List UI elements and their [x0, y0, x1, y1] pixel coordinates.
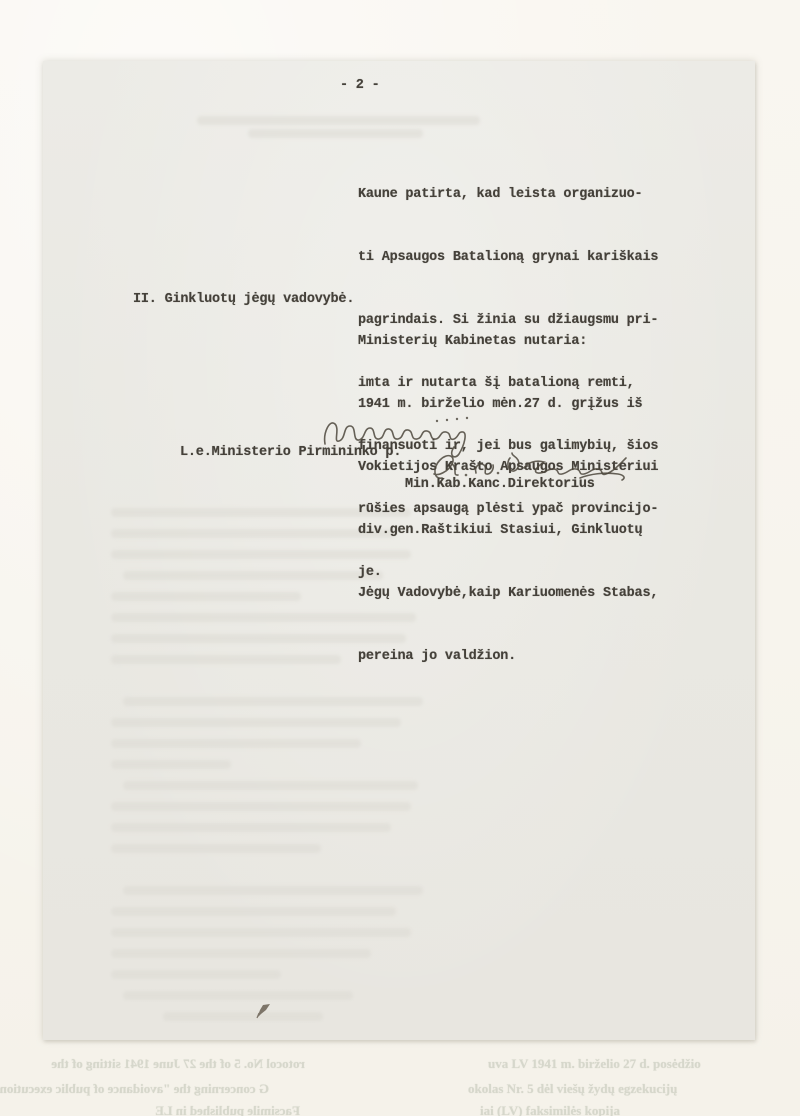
- paragraph-line: div.gen.Raštikiui Stasiui, Ginkluotų: [358, 520, 658, 541]
- paragraph-line: Ministerių Kabinetas nutaria:: [358, 331, 658, 352]
- paragraph-line: ti Apsaugos Batalioną grynai kariškais: [358, 247, 658, 268]
- signer-1-title: L.e.Ministerio Pirmininko p.: [180, 442, 401, 463]
- section-2-body: Ministerių Kabinetas nutaria: 1941 m. bi…: [358, 289, 658, 709]
- paragraph-line: Jėgų Vadovybė,kaip Kariuomenės Stabas,: [358, 583, 658, 604]
- bleed-through-line: [111, 802, 411, 811]
- scanned-archival-document: { "document": { "page_number": "- 2 -", …: [0, 0, 800, 1116]
- caption-right-line-2: okolas Nr. 5 dėl viešų žydų egzekucijų: [468, 1081, 677, 1097]
- paragraph-line: Kaune patirta, kad leista organizuo-: [358, 184, 658, 205]
- caption-left-line-3: Facsimile published in LE: [170, 1103, 300, 1116]
- bleed-through-line: [111, 760, 231, 769]
- bleed-through-line: [123, 571, 383, 580]
- caption-right-line-3: iai (LV) faksimilės kopija: [480, 1103, 620, 1116]
- bleed-through-line: [111, 739, 361, 748]
- bleed-through-line: [248, 129, 423, 138]
- signer-2-title: Min.Kab.Kanc.Direktorius: [405, 474, 595, 495]
- caption-right-line-1: uva LV 1941 m. birželio 27 d. posėdžio: [488, 1056, 701, 1072]
- bleed-through-line: [111, 844, 321, 853]
- caption-left-line-1: rotocol No. 5 of the 27 June 1941 sittin…: [45, 1056, 305, 1072]
- bleed-through-line: [111, 529, 396, 538]
- bleed-through-line: [111, 592, 301, 601]
- bleed-through-line: [111, 655, 341, 664]
- bleed-through-line: [111, 949, 371, 958]
- bleed-through-line: [111, 718, 401, 727]
- section-2-label: II. Ginkluotų jėgų vadovybė.: [133, 289, 354, 310]
- bleed-through-line: [111, 928, 411, 937]
- bleed-through-line: [111, 907, 396, 916]
- paragraph-line: pereina jo valdžion.: [358, 646, 658, 667]
- bleed-through-line: [197, 116, 480, 125]
- bleed-through-line: [163, 1012, 323, 1021]
- ink-mark: [254, 1002, 274, 1020]
- bleed-through-line: [123, 991, 353, 1000]
- bleed-through-line: [111, 970, 281, 979]
- page-number: - 2 -: [340, 75, 380, 96]
- bleed-through-line: [123, 886, 423, 895]
- caption-left-line-2: G concerning the "avoidance of public ex…: [29, 1081, 269, 1097]
- document-sheet: - 2 - Kaune patirta, kad leista organizu…: [43, 61, 755, 1040]
- bleed-through-line: [111, 823, 391, 832]
- bleed-through-line: [123, 781, 418, 790]
